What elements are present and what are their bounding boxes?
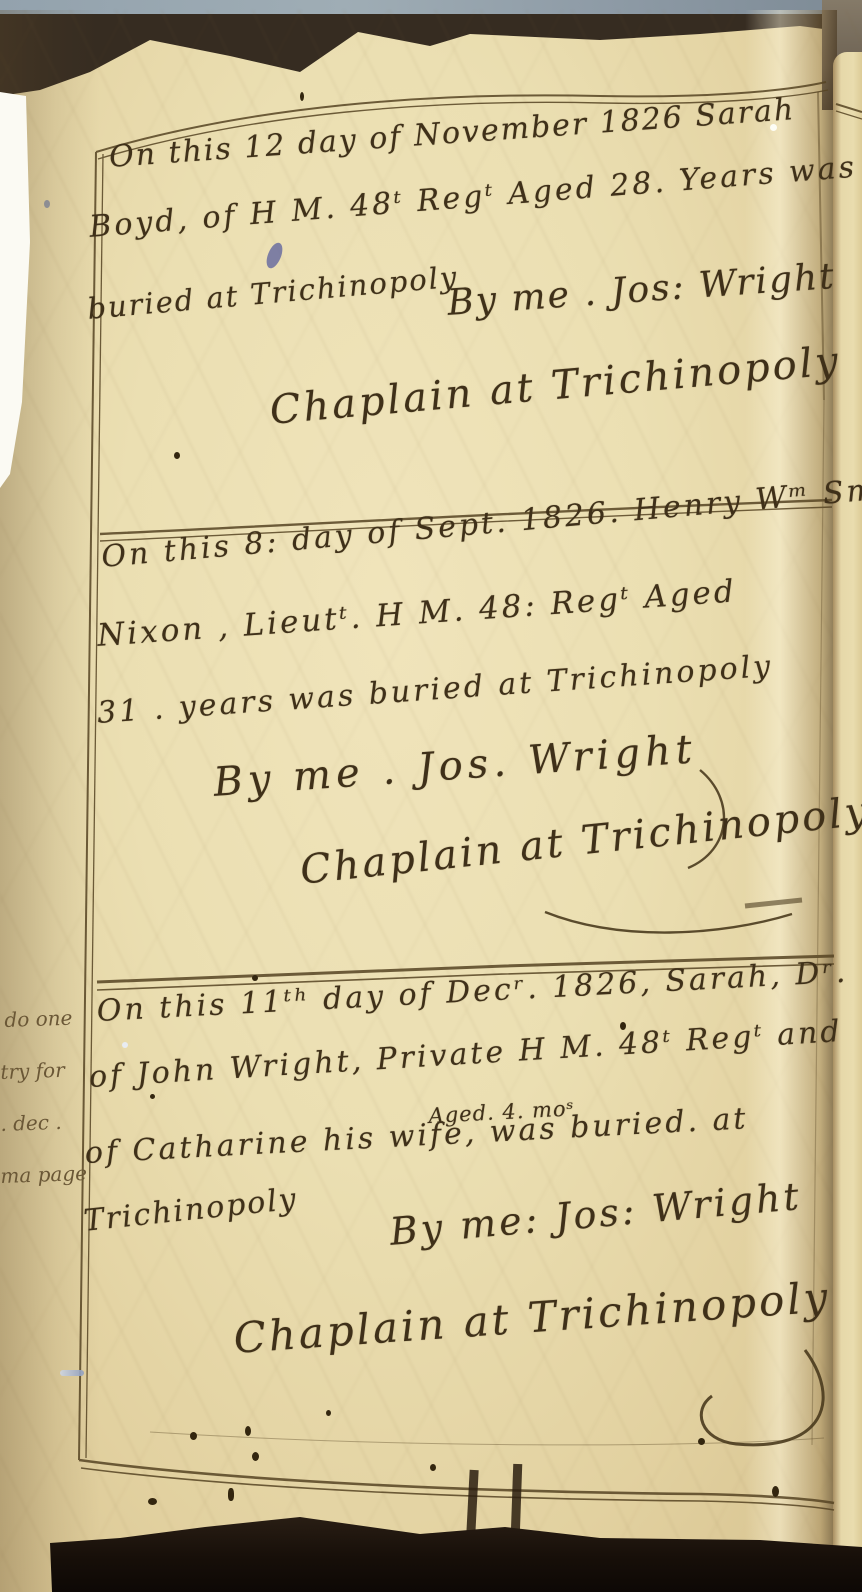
- ink-speck: [430, 1464, 436, 1471]
- ink-speck: [772, 1486, 779, 1497]
- margin-note-fragment: do one: [4, 1006, 73, 1032]
- paper-hole: [44, 200, 50, 208]
- ink-speck: [698, 1438, 705, 1445]
- blue-paper-mark: [60, 1370, 84, 1376]
- paper-hole: [122, 1042, 128, 1048]
- ink-speck: [190, 1432, 197, 1440]
- paper-hole: [770, 124, 777, 131]
- ink-speck: [174, 452, 180, 459]
- ink-speck: [245, 1426, 251, 1436]
- margin-note-fragment: try for: [0, 1058, 65, 1084]
- ink-speck: [326, 1410, 331, 1416]
- ink-speck: [620, 1022, 626, 1030]
- ink-speck: [150, 1094, 155, 1099]
- ink-speck: [252, 975, 258, 981]
- ink-speck: [228, 1488, 234, 1501]
- margin-note-fragment: ma page: [0, 1161, 87, 1188]
- ink-speck: [252, 1452, 259, 1461]
- ink-speck: [300, 92, 304, 101]
- register-photo: On this 12 day of November 1826 Sarah Bo…: [0, 0, 862, 1592]
- ink-speck: [148, 1498, 157, 1505]
- margin-note-fragment: . dec .: [0, 1110, 62, 1136]
